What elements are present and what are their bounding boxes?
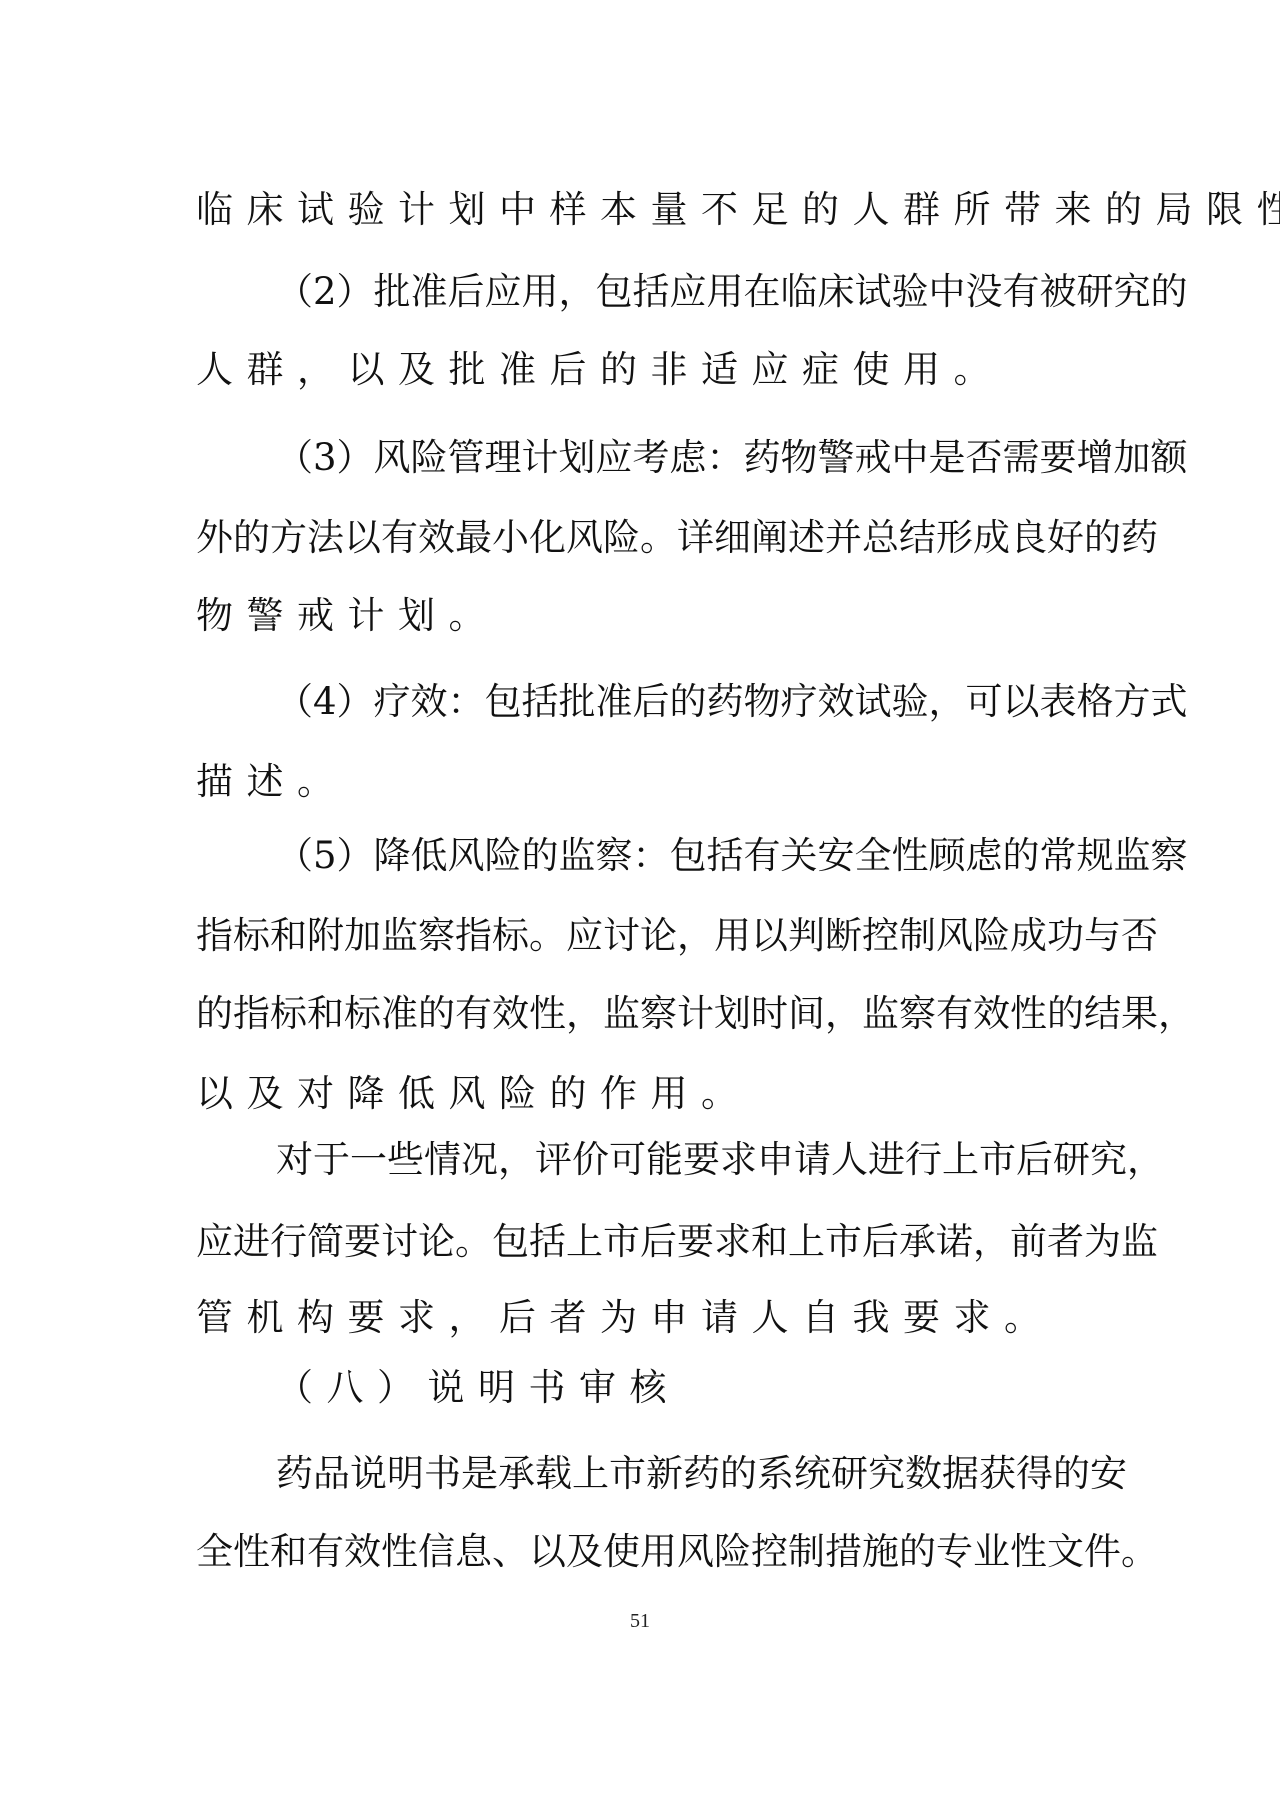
text-line: 全性和有效性信息、以及使用风险控制措施的专业性文件。	[196, 1522, 1088, 1582]
text-line: 物警戒计划。	[196, 586, 1088, 646]
text-line: 外的方法以有效最小化风险。详细阐述并总结形成良好的药	[196, 508, 1088, 568]
text-line: （5）降低风险的监察：包括有关安全性顾虑的常规监察	[276, 826, 1088, 886]
text-line: 以及对降低风险的作用。	[196, 1064, 1088, 1124]
text-line: 人群，以及批准后的非适应症使用。	[196, 340, 1088, 400]
text-line: 药品说明书是承载上市新药的系统研究数据获得的安	[276, 1444, 1088, 1504]
section-heading: （八）说明书审核	[276, 1358, 1088, 1418]
text-line: 的指标和标准的有效性，监察计划时间，监察有效性的结果，	[196, 984, 1088, 1044]
text-line: （3）风险管理计划应考虑：药物警戒中是否需要增加额	[276, 428, 1088, 488]
text-line: （4）疗效：包括批准后的药物疗效试验，可以表格方式	[276, 672, 1088, 732]
text-line: 描述。	[196, 752, 1088, 812]
document-page: 临床试验计划中样本量不足的人群所带来的局限性等。 （2）批准后应用，包括应用在临…	[0, 0, 1280, 1810]
text-line: 对于一些情况，评价可能要求申请人进行上市后研究，	[276, 1130, 1088, 1190]
text-line: （2）批准后应用，包括应用在临床试验中没有被研究的	[276, 262, 1088, 322]
text-line: 临床试验计划中样本量不足的人群所带来的局限性等。	[196, 180, 1088, 240]
text-line: 管机构要求，后者为申请人自我要求。	[196, 1288, 1088, 1348]
text-line: 应进行简要讨论。包括上市后要求和上市后承诺，前者为监	[196, 1212, 1088, 1272]
page-number: 51	[0, 1610, 1280, 1633]
text-line: 指标和附加监察指标。应讨论，用以判断控制风险成功与否	[196, 906, 1088, 966]
